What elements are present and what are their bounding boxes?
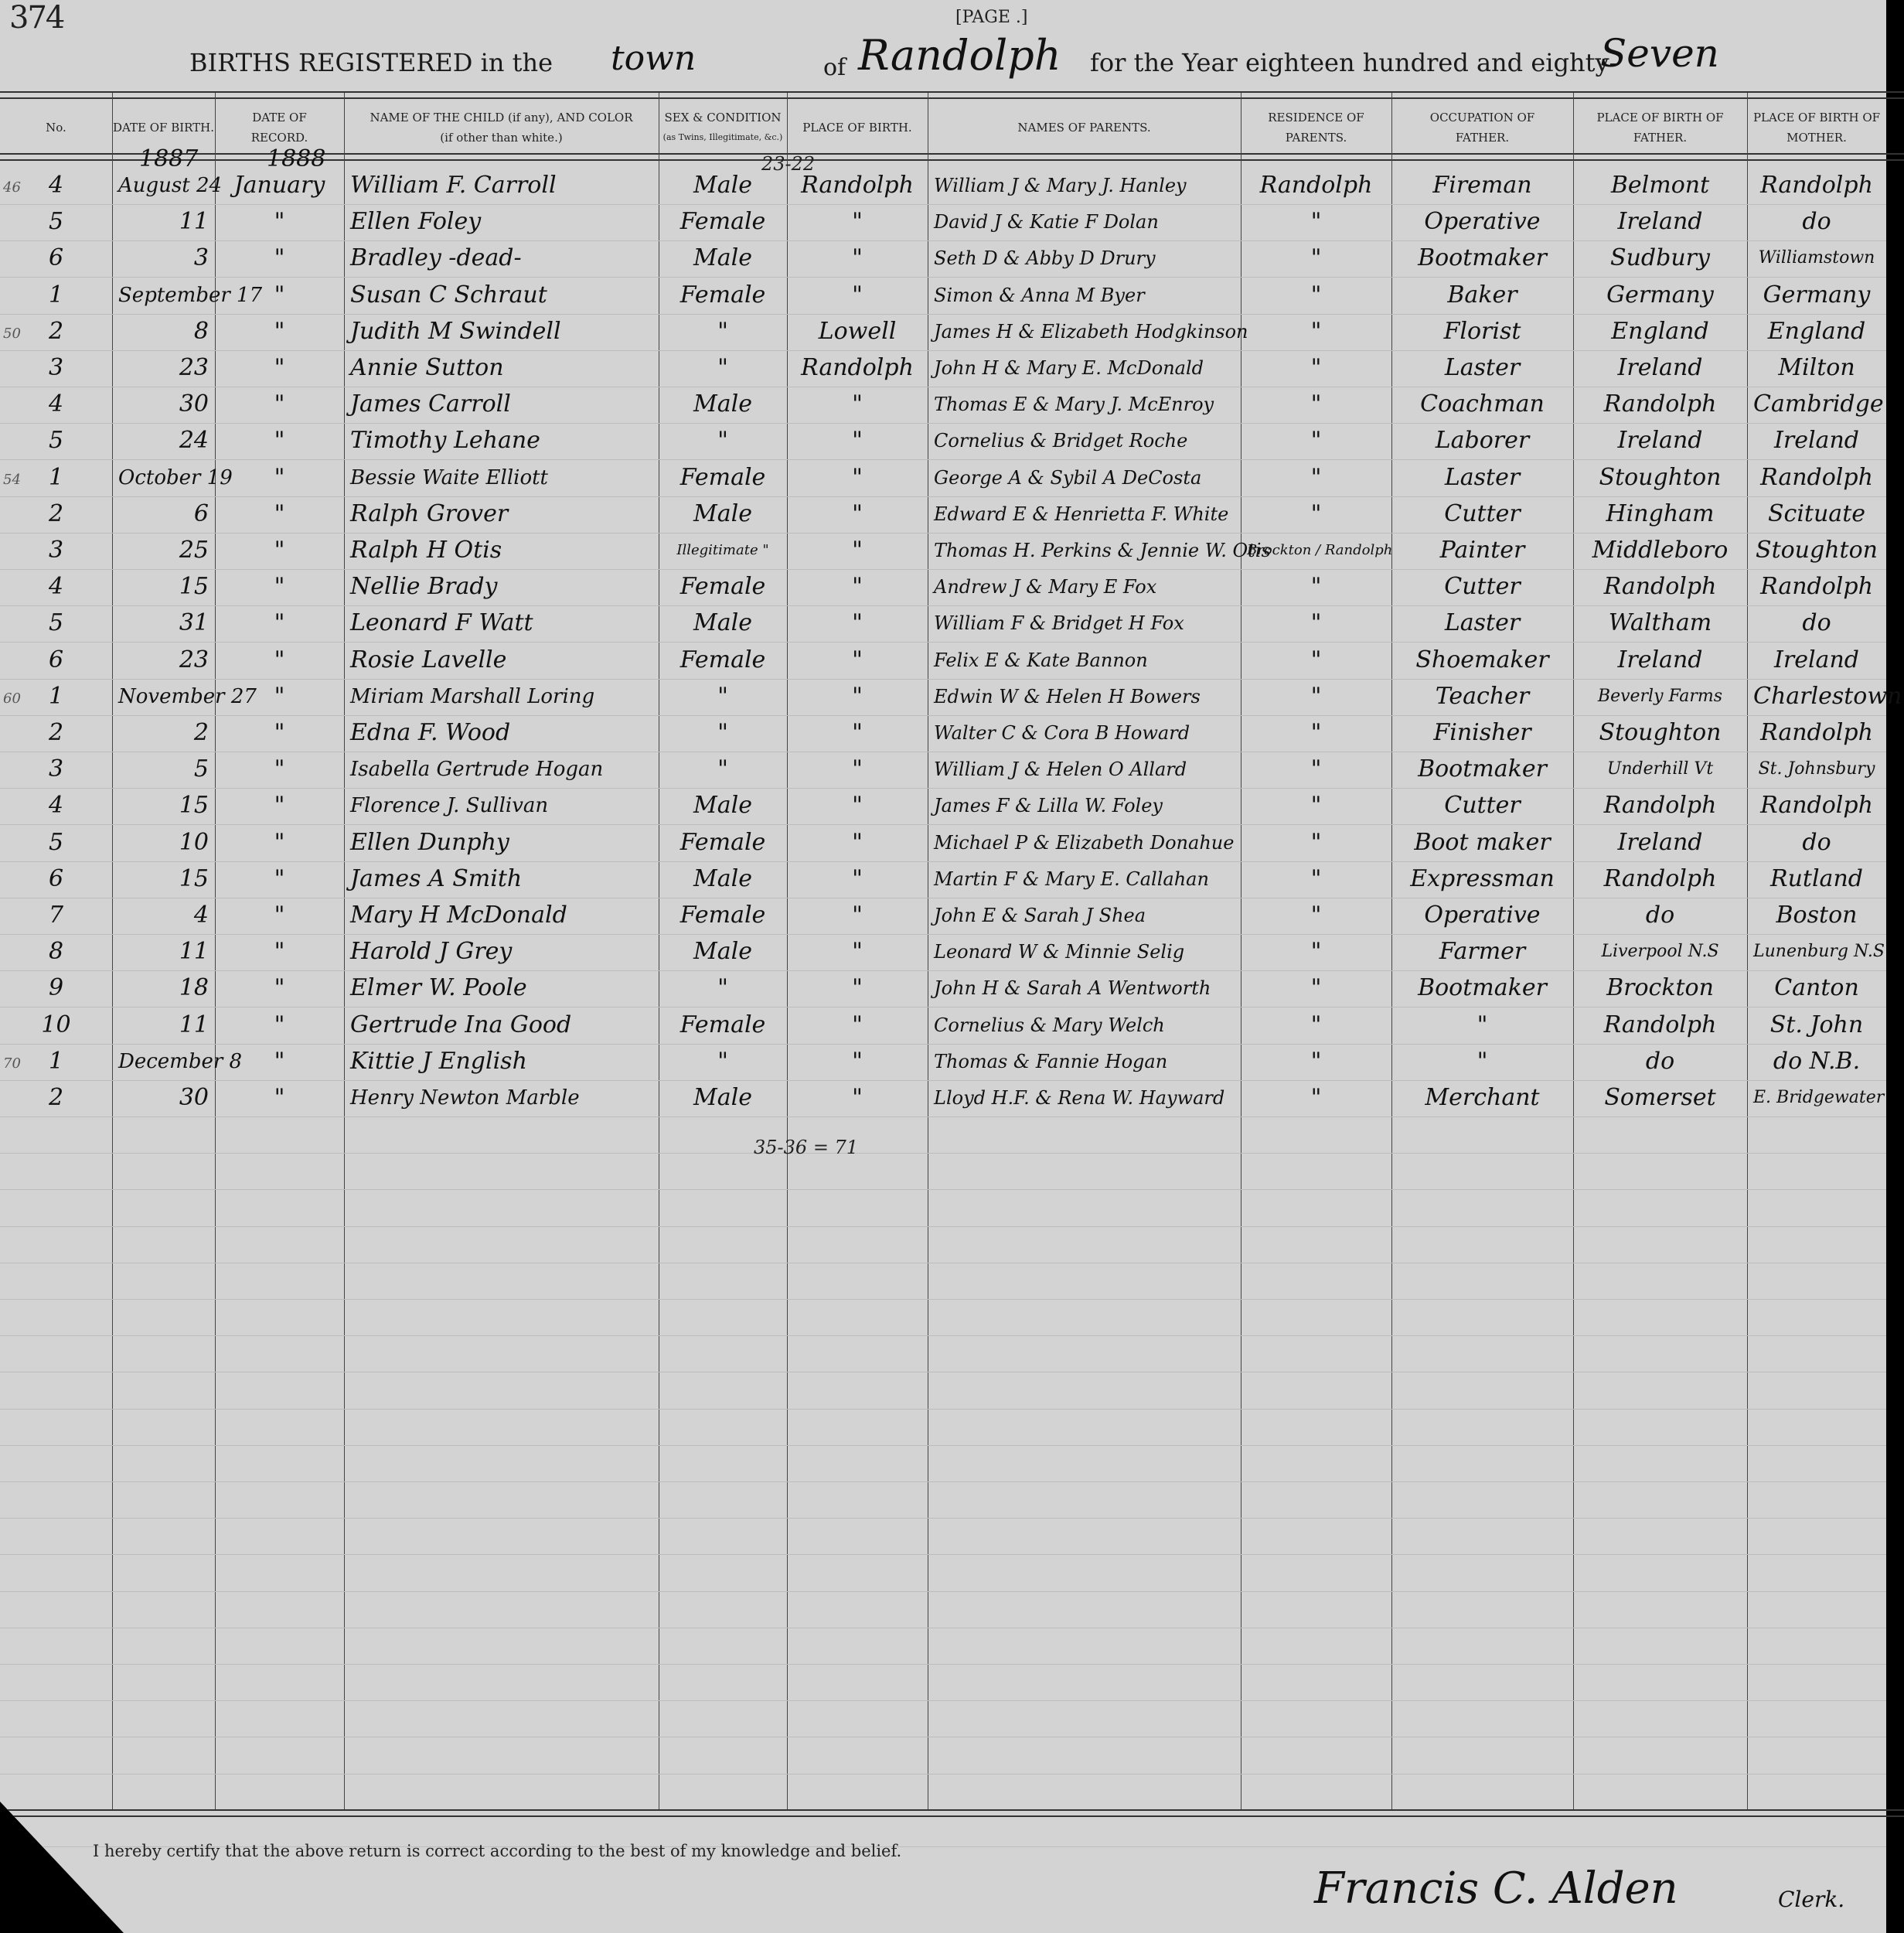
cell-mother-birth: Lunenburg N.S bbox=[1753, 936, 1880, 967]
cell-name: Susan C Schraut bbox=[350, 280, 652, 311]
table-bottom-rule bbox=[0, 1809, 1904, 1817]
ruled-line bbox=[0, 861, 1886, 862]
cell-no: 5 bbox=[6, 206, 106, 237]
cell-parents: Cornelius & Mary Welch bbox=[934, 1010, 1235, 1041]
column-header: OCCUPATION OFFATHER. bbox=[1391, 101, 1573, 155]
cell-mother-birth: E. Bridgewater bbox=[1753, 1082, 1880, 1113]
cell-sex: Male bbox=[665, 243, 781, 274]
ruled-line bbox=[0, 496, 1886, 497]
cell-mother-birth: Scituate bbox=[1753, 499, 1880, 530]
cell-dob: 11 bbox=[118, 206, 209, 237]
cell-mother-birth: do bbox=[1753, 827, 1880, 858]
column-header-label: NAME OF THE CHILD (if any), AND COLOR bbox=[370, 107, 632, 128]
cell-name: James Carroll bbox=[350, 389, 652, 420]
cell-sex: Male bbox=[665, 170, 781, 201]
cell-place: " bbox=[793, 754, 921, 785]
cell-parents: Lloyd H.F. & Rena W. Hayward bbox=[934, 1082, 1235, 1113]
cell-father-birth: do bbox=[1579, 900, 1741, 931]
cell-father-birth: Beverly Farms bbox=[1579, 681, 1741, 712]
cell-occupation: Cutter bbox=[1398, 499, 1567, 530]
cell-mother-birth: Charlestown bbox=[1753, 681, 1880, 712]
ruled-line bbox=[0, 1445, 1886, 1446]
ruled-line bbox=[0, 1335, 1886, 1336]
cell-dob: 15 bbox=[118, 790, 209, 821]
cell-place: " bbox=[793, 243, 921, 274]
cell-parents: Martin F & Mary E. Callahan bbox=[934, 864, 1235, 895]
cell-occupation: Laborer bbox=[1398, 425, 1567, 456]
cell-place: Lowell bbox=[793, 316, 921, 347]
column-header-label: NAMES OF PARENTS. bbox=[1017, 118, 1150, 138]
cell-occupation: Coachman bbox=[1398, 389, 1567, 420]
cell-occupation: Painter bbox=[1398, 535, 1567, 566]
cell-name: Florence J. Sullivan bbox=[350, 790, 652, 821]
cell-dor: " bbox=[221, 499, 338, 530]
cell-place: " bbox=[793, 535, 921, 566]
cell-name: Rosie Lavelle bbox=[350, 645, 652, 676]
ruled-line bbox=[0, 898, 1886, 898]
cell-mother-birth: Rutland bbox=[1753, 864, 1880, 895]
column-header: RESIDENCE OFPARENTS. bbox=[1241, 101, 1391, 155]
cell-place: " bbox=[793, 280, 921, 311]
cell-residence: " bbox=[1247, 973, 1385, 1004]
cell-place: Randolph bbox=[793, 353, 921, 384]
ruled-line bbox=[0, 350, 1886, 351]
cell-no: 3 bbox=[6, 353, 106, 384]
column-header-label: SEX & CONDITION bbox=[665, 107, 782, 128]
cell-father-birth: Randolph bbox=[1579, 389, 1741, 420]
cell-father-birth: Ireland bbox=[1579, 353, 1741, 384]
clerk-title: Clerk. bbox=[1778, 1887, 1844, 1912]
cell-place: " bbox=[793, 571, 921, 602]
cell-occupation: Farmer bbox=[1398, 936, 1567, 967]
cell-sex: Female bbox=[665, 462, 781, 493]
cell-no: 5 bbox=[6, 425, 106, 456]
ruled-line bbox=[0, 1080, 1886, 1081]
ruled-line bbox=[0, 533, 1886, 534]
cell-residence: " bbox=[1247, 425, 1385, 456]
ruled-line bbox=[0, 1044, 1886, 1045]
cell-name: Bradley -dead- bbox=[350, 243, 652, 274]
cell-parents: Michael P & Elizabeth Donahue bbox=[934, 827, 1235, 858]
cell-dor: " bbox=[221, 864, 338, 895]
cell-residence: " bbox=[1247, 681, 1385, 712]
page-number: 374 bbox=[9, 0, 63, 36]
ruled-line bbox=[0, 1409, 1886, 1410]
cell-dob: 11 bbox=[118, 936, 209, 967]
ruled-line bbox=[0, 240, 1886, 241]
title-of: of bbox=[823, 54, 846, 81]
cell-mother-birth: Germany bbox=[1753, 280, 1880, 311]
cell-parents: Thomas H. Perkins & Jennie W. Otis bbox=[934, 535, 1235, 566]
cell-residence: " bbox=[1247, 353, 1385, 384]
cell-residence: " bbox=[1247, 206, 1385, 237]
cell-residence: " bbox=[1247, 608, 1385, 639]
ruled-line bbox=[0, 1372, 1886, 1372]
cell-occupation: Operative bbox=[1398, 206, 1567, 237]
cell-dob: August 24 bbox=[118, 170, 209, 201]
column-header-label: PLACE OF BIRTH OF bbox=[1753, 107, 1880, 128]
cell-mother-birth: Williamstown bbox=[1753, 243, 1880, 274]
cell-occupation: Laster bbox=[1398, 462, 1567, 493]
cell-residence: " bbox=[1247, 243, 1385, 274]
cell-sex: Male bbox=[665, 864, 781, 895]
cell-no: 2 bbox=[6, 316, 106, 347]
cell-name: Bessie Waite Elliott bbox=[350, 462, 652, 493]
cell-dor: " bbox=[221, 206, 338, 237]
title-place: Randolph bbox=[858, 31, 1061, 80]
cell-place: " bbox=[793, 1010, 921, 1041]
record-year-mark: 1888 bbox=[267, 145, 325, 172]
cell-occupation: Shoemaker bbox=[1398, 645, 1567, 676]
ruled-line bbox=[0, 934, 1886, 935]
cell-dob: 5 bbox=[118, 754, 209, 785]
cell-father-birth: Liverpool N.S bbox=[1579, 936, 1741, 967]
cell-father-birth: Hingham bbox=[1579, 499, 1741, 530]
column-header-sublabel: FATHER. bbox=[1633, 128, 1687, 148]
cell-residence: " bbox=[1247, 754, 1385, 785]
cell-occupation: Fireman bbox=[1398, 170, 1567, 201]
cell-name: Ralph H Otis bbox=[350, 535, 652, 566]
cell-place: " bbox=[793, 1046, 921, 1077]
cell-no: 1 bbox=[6, 280, 106, 311]
ruled-line bbox=[0, 970, 1886, 971]
cell-father-birth: Stoughton bbox=[1579, 718, 1741, 748]
cell-no: 6 bbox=[6, 645, 106, 676]
cell-occupation: Cutter bbox=[1398, 571, 1567, 602]
cell-no: 3 bbox=[6, 535, 106, 566]
cell-sex: Female bbox=[665, 900, 781, 931]
cell-residence: " bbox=[1247, 499, 1385, 530]
cell-no: 4 bbox=[6, 170, 106, 201]
cell-sex: " bbox=[665, 316, 781, 347]
certification-text: I hereby certify that the above return i… bbox=[93, 1842, 901, 1860]
cell-place: " bbox=[793, 900, 921, 931]
column-header-sublabel: PARENTS. bbox=[1286, 128, 1347, 148]
ruled-line bbox=[0, 1737, 1886, 1737]
ruled-line bbox=[0, 752, 1886, 752]
cell-parents: James H & Elizabeth Hodgkinson bbox=[934, 316, 1235, 347]
cell-mother-birth: Randolph bbox=[1753, 170, 1880, 201]
cell-place: Randolph bbox=[793, 170, 921, 201]
ruled-line bbox=[0, 387, 1886, 387]
cell-parents: George A & Sybil A DeCosta bbox=[934, 462, 1235, 493]
cell-mother-birth: Boston bbox=[1753, 900, 1880, 931]
cell-name: Miriam Marshall Loring bbox=[350, 681, 652, 712]
cell-father-birth: Ireland bbox=[1579, 645, 1741, 676]
cell-occupation: Expressman bbox=[1398, 864, 1567, 895]
cell-father-birth: Stoughton bbox=[1579, 462, 1741, 493]
cell-dor: " bbox=[221, 571, 338, 602]
column-header: NAME OF THE CHILD (if any), AND COLOR(if… bbox=[344, 101, 659, 155]
cell-residence: " bbox=[1247, 571, 1385, 602]
cell-dor: " bbox=[221, 827, 338, 858]
cell-place: " bbox=[793, 645, 921, 676]
cell-dob: 4 bbox=[118, 900, 209, 931]
cell-dor: " bbox=[221, 353, 338, 384]
cell-dor: " bbox=[221, 645, 338, 676]
cell-mother-birth: Milton bbox=[1753, 353, 1880, 384]
cell-parents: David J & Katie F Dolan bbox=[934, 206, 1235, 237]
cell-dor: " bbox=[221, 790, 338, 821]
cell-name: Gertrude Ina Good bbox=[350, 1010, 652, 1041]
cell-occupation: Cutter bbox=[1398, 790, 1567, 821]
cell-no: 1 bbox=[6, 681, 106, 712]
cell-dor: " bbox=[221, 973, 338, 1004]
cell-parents: William J & Mary J. Hanley bbox=[934, 170, 1235, 201]
cell-no: 3 bbox=[6, 754, 106, 785]
cell-mother-birth: Ireland bbox=[1753, 425, 1880, 456]
column-header-label: PLACE OF BIRTH OF bbox=[1596, 107, 1723, 128]
cell-place: " bbox=[793, 790, 921, 821]
cell-name: Harold J Grey bbox=[350, 936, 652, 967]
ruled-line bbox=[0, 1481, 1886, 1482]
cell-residence: " bbox=[1247, 1082, 1385, 1113]
cell-residence: " bbox=[1247, 1010, 1385, 1041]
ruled-line bbox=[0, 1518, 1886, 1519]
cell-name: William F. Carroll bbox=[350, 170, 652, 201]
cell-name: Kittie J English bbox=[350, 1046, 652, 1077]
tally-note: 35-36 = 71 bbox=[754, 1137, 858, 1158]
title-prefix: BIRTHS REGISTERED in the bbox=[189, 48, 553, 77]
cell-sex: Female bbox=[665, 280, 781, 311]
column-header: PLACE OF BIRTH. bbox=[787, 101, 928, 155]
cell-residence: " bbox=[1247, 827, 1385, 858]
cell-place: " bbox=[793, 827, 921, 858]
ruled-line bbox=[0, 715, 1886, 716]
cell-sex: Female bbox=[665, 827, 781, 858]
cell-no: 4 bbox=[6, 790, 106, 821]
cell-sex: " bbox=[665, 425, 781, 456]
column-header: No. bbox=[0, 101, 112, 155]
cell-dor: " bbox=[221, 754, 338, 785]
cell-no: 1 bbox=[6, 462, 106, 493]
column-header-label: DATE OF BIRTH. bbox=[113, 118, 214, 138]
ruled-line bbox=[0, 1299, 1886, 1300]
cell-residence: " bbox=[1247, 900, 1385, 931]
cell-dob: 15 bbox=[118, 864, 209, 895]
cell-dob: 23 bbox=[118, 353, 209, 384]
cell-parents: Cornelius & Bridget Roche bbox=[934, 425, 1235, 456]
cell-father-birth: Underhill Vt bbox=[1579, 754, 1741, 785]
column-header: PLACE OF BIRTH OFFATHER. bbox=[1573, 101, 1747, 155]
ruled-line bbox=[0, 1153, 1886, 1154]
cell-parents: Leonard W & Minnie Selig bbox=[934, 936, 1235, 967]
cell-dor: " bbox=[221, 462, 338, 493]
cell-no: 2 bbox=[6, 499, 106, 530]
cell-mother-birth: St. John bbox=[1753, 1010, 1880, 1041]
ruled-line bbox=[0, 569, 1886, 570]
cell-parents: Felix E & Kate Bannon bbox=[934, 645, 1235, 676]
ruled-line bbox=[0, 1263, 1886, 1263]
column-header-sublabel: MOTHER. bbox=[1786, 128, 1847, 148]
cell-occupation: Laster bbox=[1398, 608, 1567, 639]
ruled-line bbox=[0, 459, 1886, 460]
cell-name: Ellen Foley bbox=[350, 206, 652, 237]
ruled-line bbox=[0, 1664, 1886, 1665]
cell-no: 8 bbox=[6, 936, 106, 967]
cell-name: Ralph Grover bbox=[350, 499, 652, 530]
title-suffix: for the Year eighteen hundred and eighty… bbox=[1090, 48, 1617, 77]
cell-dob: 2 bbox=[118, 718, 209, 748]
ruled-line bbox=[0, 1628, 1886, 1628]
header-top-rule bbox=[0, 91, 1904, 99]
cell-dor: " bbox=[221, 718, 338, 748]
cell-name: James A Smith bbox=[350, 864, 652, 895]
cell-dor: " bbox=[221, 280, 338, 311]
cell-place: " bbox=[793, 462, 921, 493]
cell-residence: " bbox=[1247, 790, 1385, 821]
cell-mother-birth: Canton bbox=[1753, 973, 1880, 1004]
cell-parents: John E & Sarah J Shea bbox=[934, 900, 1235, 931]
cell-residence: " bbox=[1247, 280, 1385, 311]
cell-parents: Seth D & Abby D Drury bbox=[934, 243, 1235, 274]
cell-parents: Walter C & Cora B Howard bbox=[934, 718, 1235, 748]
cell-residence: " bbox=[1247, 462, 1385, 493]
ruled-line bbox=[0, 679, 1886, 680]
cell-residence: " bbox=[1247, 864, 1385, 895]
ruled-line bbox=[0, 1554, 1886, 1555]
column-header-label: DATE OF bbox=[252, 107, 306, 128]
cell-name: Henry Newton Marble bbox=[350, 1082, 652, 1113]
cell-occupation: Bootmaker bbox=[1398, 243, 1567, 274]
column-header-label: No. bbox=[46, 118, 66, 138]
cell-sex: Male bbox=[665, 499, 781, 530]
cell-sex: Male bbox=[665, 790, 781, 821]
cell-mother-birth: Randolph bbox=[1753, 790, 1880, 821]
cell-place: " bbox=[793, 499, 921, 530]
cell-dor: " bbox=[221, 900, 338, 931]
cell-residence: " bbox=[1247, 1046, 1385, 1077]
cell-place: " bbox=[793, 608, 921, 639]
cell-dor: " bbox=[221, 389, 338, 420]
cell-occupation: Merchant bbox=[1398, 1082, 1567, 1113]
cell-parents: Thomas & Fannie Hogan bbox=[934, 1046, 1235, 1077]
cell-occupation: " bbox=[1398, 1046, 1567, 1077]
cell-place: " bbox=[793, 1082, 921, 1113]
cell-sex: Female bbox=[665, 1010, 781, 1041]
cell-no: 4 bbox=[6, 389, 106, 420]
cell-residence: " bbox=[1247, 718, 1385, 748]
cell-mother-birth: England bbox=[1753, 316, 1880, 347]
ruled-line bbox=[0, 1117, 1886, 1117]
cell-name: Ellen Dunphy bbox=[350, 827, 652, 858]
cell-name: Judith M Swindell bbox=[350, 316, 652, 347]
cell-sex: " bbox=[665, 973, 781, 1004]
cell-occupation: Operative bbox=[1398, 900, 1567, 931]
cell-dob: 18 bbox=[118, 973, 209, 1004]
cell-father-birth: Somerset bbox=[1579, 1082, 1741, 1113]
cell-dob: September 17 bbox=[118, 280, 209, 311]
cell-dob: 15 bbox=[118, 571, 209, 602]
cell-mother-birth: do bbox=[1753, 206, 1880, 237]
cell-place: " bbox=[793, 206, 921, 237]
column-header-label: OCCUPATION OF bbox=[1430, 107, 1534, 128]
cell-occupation: Teacher bbox=[1398, 681, 1567, 712]
cell-sex: Male bbox=[665, 936, 781, 967]
title-town-type: town bbox=[611, 39, 696, 78]
cell-sex: Female bbox=[665, 645, 781, 676]
cell-no: 5 bbox=[6, 608, 106, 639]
cell-dob: 8 bbox=[118, 316, 209, 347]
cell-dor: " bbox=[221, 316, 338, 347]
cell-occupation: Bootmaker bbox=[1398, 973, 1567, 1004]
cell-dor: " bbox=[221, 936, 338, 967]
title-year: Seven bbox=[1600, 31, 1719, 76]
cell-name: Edna F. Wood bbox=[350, 718, 652, 748]
ruled-line bbox=[0, 1700, 1886, 1701]
cell-parents: John H & Sarah A Wentworth bbox=[934, 973, 1235, 1004]
ruled-line bbox=[0, 1007, 1886, 1007]
ruled-line bbox=[0, 605, 1886, 606]
ruled-line bbox=[0, 204, 1886, 205]
cell-parents: Edward E & Henrietta F. White bbox=[934, 499, 1235, 530]
cell-dor: " bbox=[221, 1082, 338, 1113]
birth-year-mark: 1887 bbox=[139, 145, 198, 172]
cell-dob: November 27 bbox=[118, 681, 209, 712]
cell-sex: Male bbox=[665, 608, 781, 639]
ruled-line bbox=[0, 1591, 1886, 1592]
cell-occupation: Bootmaker bbox=[1398, 754, 1567, 785]
page-label: [PAGE .] bbox=[955, 8, 1027, 27]
ruled-line bbox=[0, 788, 1886, 789]
cell-dor: " bbox=[221, 425, 338, 456]
cell-sex: " bbox=[665, 1046, 781, 1077]
cell-dob: 31 bbox=[118, 608, 209, 639]
cell-name: Nellie Brady bbox=[350, 571, 652, 602]
cell-occupation: Baker bbox=[1398, 280, 1567, 311]
cell-parents: William F & Bridget H Fox bbox=[934, 608, 1235, 639]
cell-dob: 6 bbox=[118, 499, 209, 530]
cell-no: 10 bbox=[6, 1010, 106, 1041]
cell-residence: Randolph bbox=[1247, 170, 1385, 201]
cell-mother-birth: do bbox=[1753, 608, 1880, 639]
ruled-line bbox=[0, 642, 1886, 643]
register-page: 374 [PAGE .] BIRTHS REGISTERED in the to… bbox=[0, 0, 1886, 1933]
cell-name: Isabella Gertrude Hogan bbox=[350, 754, 652, 785]
ruled-line bbox=[0, 314, 1886, 315]
cell-dor: " bbox=[221, 1010, 338, 1041]
cell-father-birth: Sudbury bbox=[1579, 243, 1741, 274]
column-header-label: PLACE OF BIRTH. bbox=[802, 118, 911, 138]
cell-father-birth: Randolph bbox=[1579, 1010, 1741, 1041]
ruled-line bbox=[0, 1774, 1886, 1774]
cell-mother-birth: do N.B. bbox=[1753, 1046, 1880, 1077]
cell-dob: 30 bbox=[118, 389, 209, 420]
cell-place: " bbox=[793, 718, 921, 748]
cell-father-birth: do bbox=[1579, 1046, 1741, 1077]
cell-no: 1 bbox=[6, 1046, 106, 1077]
cell-dob: 23 bbox=[118, 645, 209, 676]
cell-residence: " bbox=[1247, 936, 1385, 967]
cell-mother-birth: Randolph bbox=[1753, 571, 1880, 602]
cell-parents: James F & Lilla W. Foley bbox=[934, 790, 1235, 821]
cell-name: Annie Sutton bbox=[350, 353, 652, 384]
cell-sex: Female bbox=[665, 571, 781, 602]
cell-mother-birth: Randolph bbox=[1753, 462, 1880, 493]
cell-dor: January bbox=[221, 170, 338, 201]
cell-no: 6 bbox=[6, 864, 106, 895]
cell-sex: " bbox=[665, 754, 781, 785]
cell-dob: 25 bbox=[118, 535, 209, 566]
cell-dob: 11 bbox=[118, 1010, 209, 1041]
column-header: NAMES OF PARENTS. bbox=[928, 101, 1241, 155]
ruled-line bbox=[0, 1189, 1886, 1190]
cell-sex: Female bbox=[665, 206, 781, 237]
cell-name: Timothy Lehane bbox=[350, 425, 652, 456]
cell-occupation: " bbox=[1398, 1010, 1567, 1041]
clerk-signature: Francis C. Alden bbox=[1314, 1863, 1678, 1914]
cell-mother-birth: St. Johnsbury bbox=[1753, 754, 1880, 785]
